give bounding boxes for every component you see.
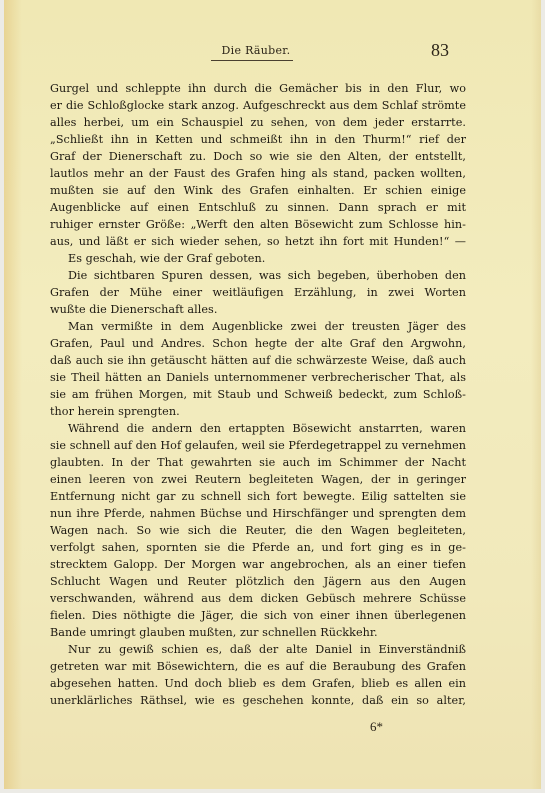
text-line: mußten sie auf den Wink des Grafen einha… — [50, 182, 466, 199]
text-line: Entfernung nicht gar zu schnell sich for… — [50, 488, 466, 505]
body-text: Gurgel und schleppte ihn durch die Gemäc… — [50, 80, 466, 709]
text-line: verschwanden, während aus dem dicken Geb… — [50, 590, 466, 607]
text-line: aus, und läßt er sich wieder sehen, so h… — [50, 233, 466, 250]
text-line: Die sichtbaren Spuren dessen, was sich b… — [50, 267, 466, 284]
page-number: 83 — [431, 40, 449, 61]
text-line: sie schnell auf den Hof gelaufen, weil s… — [50, 437, 466, 454]
text-line: nun ihre Pferde, nahmen Büchse und Hirsc… — [50, 505, 466, 522]
running-title: Die Räuber. — [216, 44, 296, 57]
text-line: Augenblicke auf einen Entschluß zu sinne… — [50, 199, 466, 216]
text-line: einen leeren von zwei Reutern begleitete… — [50, 471, 466, 488]
text-line: sie am frühen Morgen, mit Staub und Schw… — [50, 386, 466, 403]
text-line: alles herbei, um ein Schauspiel zu sehen… — [50, 114, 466, 131]
text-line: Graf der Dienerschaft zu. Doch so wie si… — [50, 148, 466, 165]
text-line: thor herein sprengten. — [50, 403, 466, 420]
text-line: abgesehen hatten. Und doch blieb es dem … — [50, 675, 466, 692]
text-line: daß auch sie ihn getäuscht hätten auf di… — [50, 352, 466, 369]
text-line: strecktem Galopp. Der Morgen war angebro… — [50, 556, 466, 573]
text-line: Schlucht Wagen und Reuter plötzlich den … — [50, 573, 466, 590]
text-line: Während die andern den ertappten Bösewic… — [50, 420, 466, 437]
text-line: Wagen nach. So wie sich die Reuter, die … — [50, 522, 466, 539]
text-line: „Schließt ihn in Ketten und schmeißt ihn… — [50, 131, 466, 148]
text-line: fielen. Dies nöthigte die Jäger, die sic… — [50, 607, 466, 624]
title-underline — [211, 60, 293, 61]
text-line: verfolgt sahen, spornten sie die Pferde … — [50, 539, 466, 556]
text-line: Grafen der Mühe einer weitläufigen Erzäh… — [50, 284, 466, 301]
text-line: sie Theil hätten an Daniels unternommene… — [50, 369, 466, 386]
text-line: getreten war mit Bösewichtern, die es au… — [50, 658, 466, 675]
book-page: Die Räuber. 83 Gurgel und schleppte ihn … — [4, 0, 541, 789]
text-line: ruhiger ernster Größe: „Werft den alten … — [50, 216, 466, 233]
text-line: Gurgel und schleppte ihn durch die Gemäc… — [50, 80, 466, 97]
signature-mark: 6* — [370, 719, 383, 735]
text-line: er die Schloßglocke stark anzog. Aufgesc… — [50, 97, 466, 114]
text-line: wußte die Dienerschaft alles. — [50, 301, 466, 318]
text-line: unerklärliches Räthsel, wie es geschehen… — [50, 692, 466, 709]
text-line: Grafen, Paul und Andres. Schon hegte der… — [50, 335, 466, 352]
text-line: Nur zu gewiß schien es, daß der alte Dan… — [50, 641, 466, 658]
text-line: Man vermißte in dem Augenblicke zwei der… — [50, 318, 466, 335]
text-line: Bande umringt glauben mußten, zur schnel… — [50, 624, 466, 641]
text-line: lautlos mehr an der Faust des Grafen hin… — [50, 165, 466, 182]
text-line: Es geschah, wie der Graf geboten. — [50, 250, 466, 267]
page-header: Die Räuber. 83 — [4, 40, 541, 64]
text-line: glaubten. In der That gewahrten sie auch… — [50, 454, 466, 471]
